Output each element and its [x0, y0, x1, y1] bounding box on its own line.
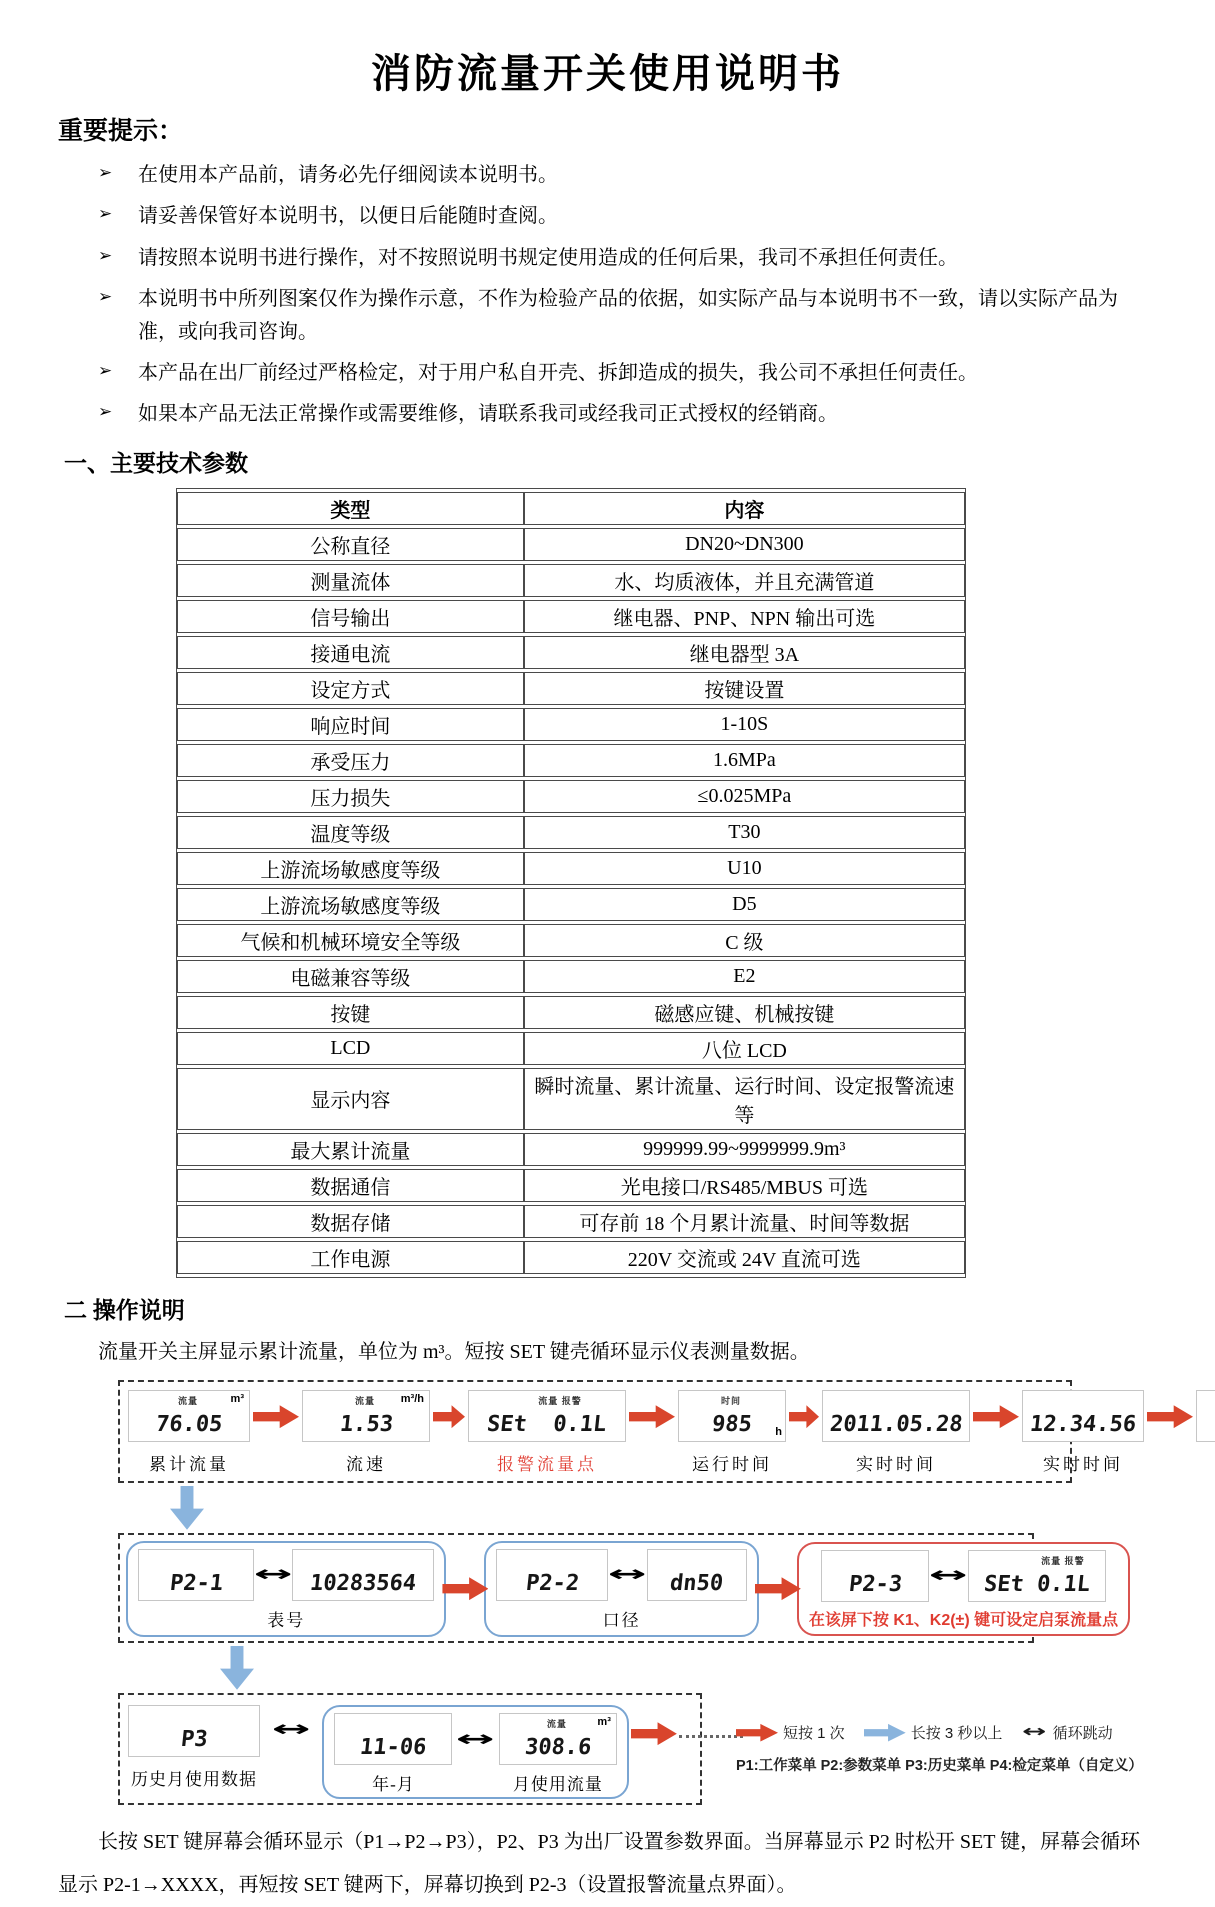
- table-row: 承受压力1.6MPa: [177, 744, 965, 777]
- col-header-content: 内容: [524, 492, 965, 525]
- notice-text: 本产品在出厂前经过严格检定，对于用户私自开壳、拆卸造成的损失，我公司不承担任何责…: [138, 362, 978, 384]
- lcd-flow-diagram: 流量 m³ 76.05 累计流量 流量 m³/h 1.53 流速 流量 报警: [58, 1380, 1157, 1805]
- lcd-digits: P2-1: [168, 1573, 223, 1595]
- lcd-annunciator: 流量: [178, 1394, 198, 1407]
- month-history-group: 11-06 年-月 ↔ 流量 m³ 308.6 月使用流量: [322, 1705, 628, 1799]
- screen-cell: 流量 m³ 308.6 月使用流量: [499, 1713, 617, 1795]
- notice-heading: 重要提示：: [58, 111, 1157, 147]
- table-row: 数据通信光电接口/RS485/MBUS 可选: [177, 1169, 965, 1202]
- screen-label: 月使用流量: [513, 1770, 603, 1795]
- spec-value-cell: D5: [524, 888, 965, 921]
- screen-label: 运行时间: [692, 1450, 772, 1475]
- lcd-screen: 流量 m³ 76.05: [128, 1390, 250, 1442]
- lcd-screen: U 1.00: [1196, 1390, 1215, 1442]
- lcd-digits: 308.6: [524, 1737, 593, 1759]
- spec-type-cell: 电磁兼容等级: [177, 960, 524, 993]
- notice-text: 本说明书中所列图案仅作为操作示意，不作为检验产品的依据，如实际产品与本说明书不一…: [138, 288, 1118, 342]
- screen-label: 报警流量点: [497, 1450, 597, 1475]
- screen-label: 实时时间: [1043, 1450, 1123, 1475]
- table-row: 最大累计流量999999.99~9999999.9m³: [177, 1133, 965, 1166]
- spec-value-cell: 八位 LCD: [524, 1032, 965, 1065]
- spec-value-cell: 继电器、PNP、NPN 输出可选: [524, 600, 965, 633]
- diameter-group: P2-2 ↔ dn50 口径: [484, 1541, 758, 1637]
- spec-type-cell: LCD: [177, 1032, 524, 1065]
- screen-label: 实时时间: [856, 1450, 936, 1475]
- spec-type-cell: 接通电流: [177, 636, 524, 669]
- arrow-right-icon: [973, 1404, 1019, 1430]
- spec-type-cell: 上游流场敏感度等级: [177, 888, 524, 921]
- lcd-annunciator: 流量 报警: [538, 1394, 582, 1407]
- screen-cell: 流量 报警 SEt 0.1L 报警流量点: [468, 1390, 626, 1475]
- spec-type-cell: 压力损失: [177, 780, 524, 813]
- spec-value-cell: 999999.99~9999999.9m³: [524, 1133, 965, 1166]
- lcd-digits: P3: [180, 1729, 209, 1751]
- notice-item: 本产品在出厂前经过严格检定，对于用户私自开壳、拆卸造成的损失，我公司不承担任何责…: [96, 357, 1157, 389]
- table-row: 设定方式按键设置: [177, 672, 965, 705]
- arrow-down-icon: [170, 1486, 204, 1530]
- lcd-unit: m³: [597, 1716, 610, 1728]
- table-row: 显示内容瞬时流量、累计流量、运行时间、设定报警流速等: [177, 1068, 965, 1130]
- lcd-screen: 流量 报警 SEt 0.1L: [968, 1550, 1106, 1602]
- spec-type-cell: 按键: [177, 996, 524, 1029]
- group-label: 口径: [603, 1606, 641, 1631]
- screen-cell: P3 历史月使用数据: [128, 1705, 260, 1790]
- lcd-digits: 10283564: [309, 1573, 417, 1595]
- table-row: 数据存储可存前 18 个月累计流量、时间等数据: [177, 1205, 965, 1238]
- group-screens: P2-2 ↔ dn50: [496, 1549, 746, 1601]
- spec-type-cell: 响应时间: [177, 708, 524, 741]
- screen-cell: U 1.00 版本号: [1196, 1390, 1215, 1475]
- table-row: LCD八位 LCD: [177, 1032, 965, 1065]
- table-row: 按键磁感应键、机械按键: [177, 996, 965, 1029]
- notice-text: 如果本产品无法正常操作或需要维修，请联系我司或经我司正式授权的经销商。: [138, 403, 838, 425]
- arrow-right-icon: [442, 1576, 488, 1602]
- notice-text: 请妥善保管好本说明书，以便日后能随时查阅。: [138, 205, 558, 227]
- table-row: 压力损失≤0.025MPa: [177, 780, 965, 813]
- spec-type-cell: 上游流场敏感度等级: [177, 852, 524, 885]
- screen-label: 年-月: [372, 1770, 415, 1795]
- notice-item: 在使用本产品前，请务必先仔细阅读本说明书。: [96, 159, 1157, 191]
- spec-type-cell: 测量流体: [177, 564, 524, 597]
- diagram-legend: 短按 1 次 长按 3 秒以上 ↔ 循环跳动 P1:工作菜单 P2:参数菜单 P…: [736, 1722, 1143, 1775]
- table-row: 信号输出继电器、PNP、NPN 输出可选: [177, 600, 965, 633]
- table-row: 电磁兼容等级E2: [177, 960, 965, 993]
- table-row: 上游流场敏感度等级D5: [177, 888, 965, 921]
- table-row: 工作电源220V 交流或 24V 直流可选: [177, 1241, 965, 1274]
- double-arrow-icon: ↔: [929, 1565, 968, 1587]
- arrow-bullet-icon: [98, 284, 112, 312]
- lcd-screen: 11-06: [334, 1713, 452, 1765]
- double-arrow-icon: ↔: [1022, 1724, 1046, 1741]
- arrow-right-icon: [1147, 1404, 1193, 1430]
- col-header-type: 类型: [177, 492, 524, 525]
- spec-value-cell: U10: [524, 852, 965, 885]
- spec-value-cell: 220V 交流或 24V 直流可选: [524, 1241, 965, 1274]
- table-row: 测量流体水、均质液体，并且充满管道: [177, 564, 965, 597]
- screen-label: 流速: [346, 1450, 386, 1475]
- lcd-screen: 2011.05.28: [822, 1390, 970, 1442]
- dotted-continuation: [679, 1735, 743, 1738]
- lcd-digits: 2011.05.28: [829, 1414, 964, 1436]
- lcd-screen: P2-2: [496, 1549, 608, 1601]
- spec-value-cell: DN20~DN300: [524, 528, 965, 561]
- spec-type-cell: 工作电源: [177, 1241, 524, 1274]
- screen-label: 历史月使用数据: [131, 1765, 257, 1790]
- lcd-digits: dn50: [669, 1573, 724, 1595]
- spec-type-cell: 数据存储: [177, 1205, 524, 1238]
- legend-cycle: 循环跳动: [1053, 1722, 1113, 1743]
- lcd-digits: 985: [711, 1414, 753, 1436]
- lcd-screen: 流量 报警 SEt 0.1L: [468, 1390, 626, 1442]
- diagram-row-p2-screens: P2-1 ↔ 10283564 表号 P2-2 ↔ dn50: [118, 1533, 1034, 1643]
- spec-value-cell: 1-10S: [524, 708, 965, 741]
- spec-value-cell: 1.6MPa: [524, 744, 965, 777]
- arrow-right-icon: [736, 1723, 778, 1743]
- spec-value-cell: E2: [524, 960, 965, 993]
- lcd-screen: 10283564: [292, 1549, 434, 1601]
- spec-type-cell: 信号输出: [177, 600, 524, 633]
- arrow-down-icon: [220, 1646, 254, 1690]
- spec-value-cell: 继电器型 3A: [524, 636, 965, 669]
- lcd-screen: 流量 m³ 308.6: [499, 1713, 617, 1765]
- lcd-digits: 12.34.56: [1029, 1414, 1137, 1436]
- lcd-screen: P2-3: [821, 1550, 929, 1602]
- lcd-unit: m³/h: [401, 1393, 424, 1405]
- manual-page: 消防流量开关使用说明书 重要提示： 在使用本产品前，请务必先仔细阅读本说明书。 …: [0, 0, 1215, 1907]
- lcd-digits: SEt 0.1L: [983, 1574, 1091, 1596]
- section1-heading: 一、主要技术参数: [64, 445, 1157, 478]
- notice-list: 在使用本产品前，请务必先仔细阅读本说明书。 请妥善保管好本说明书，以便日后能随时…: [96, 159, 1157, 431]
- spec-type-cell: 数据通信: [177, 1169, 524, 1202]
- lcd-digits: 76.05: [155, 1414, 224, 1436]
- double-arrow-icon: ↔: [254, 1564, 293, 1586]
- arrow-right-icon: [631, 1721, 677, 1747]
- arrow-right-icon: [629, 1404, 675, 1430]
- screen-cell: 时间 h 985 运行时间: [678, 1390, 786, 1475]
- arrow-right-icon: [789, 1404, 819, 1430]
- screen-cell: 12.34.56 实时时间: [1022, 1390, 1144, 1475]
- screen-cell: 11-06 年-月: [334, 1713, 452, 1795]
- spec-type-cell: 最大累计流量: [177, 1133, 524, 1166]
- table-row: 温度等级T30: [177, 816, 965, 849]
- lcd-annunciator: 时间: [721, 1394, 741, 1407]
- footer-paragraph: 长按 SET 键屏幕会循环显示（P1→P2→P3），P2、P3 为出厂设置参数界…: [58, 1821, 1157, 1907]
- table-row: 气候和机械环境安全等级C 级: [177, 924, 965, 957]
- group-screens: P2-3 ↔ 流量 报警 SEt 0.1L: [821, 1550, 1105, 1602]
- pump-start-setting-group: P2-3 ↔ 流量 报警 SEt 0.1L 在该屏下按 K1、K2(±) 键可设…: [797, 1542, 1130, 1636]
- notice-text: 请按照本说明书进行操作，对不按照说明书规定使用造成的任何后果，我司不承担任何责任…: [138, 247, 958, 269]
- spec-type-cell: 温度等级: [177, 816, 524, 849]
- lcd-screen: dn50: [647, 1549, 747, 1601]
- legend-menus: P1:工作菜单 P2:参数菜单 P3:历史菜单 P4:检定菜单（自定义）: [736, 1754, 1143, 1775]
- notice-text: 在使用本产品前，请务必先仔细阅读本说明书。: [138, 164, 558, 186]
- spec-type-cell: 公称直径: [177, 528, 524, 561]
- double-arrow-icon: ↔: [272, 1719, 311, 1741]
- lcd-digits: 11-06: [359, 1737, 428, 1759]
- lcd-digits: 1.53: [338, 1414, 393, 1436]
- group-screens: 11-06 年-月 ↔ 流量 m³ 308.6 月使用流量: [334, 1713, 616, 1795]
- lcd-screen: P3: [128, 1705, 260, 1757]
- diagram-row-history: P3 历史月使用数据 ↔ 11-06 年-月 ↔: [118, 1693, 702, 1805]
- screen-cell: 流量 m³ 76.05 累计流量: [128, 1390, 250, 1475]
- spec-value-cell: 磁感应键、机械按键: [524, 996, 965, 1029]
- group-screens: P2-1 ↔ 10283564: [138, 1549, 434, 1601]
- notice-item: 如果本产品无法正常操作或需要维修，请联系我司或经我司正式授权的经销商。: [96, 398, 1157, 430]
- lcd-unit: m³: [231, 1393, 244, 1405]
- legend-short-press: 短按 1 次: [783, 1722, 845, 1743]
- notice-item: 请妥善保管好本说明书，以便日后能随时查阅。: [96, 200, 1157, 232]
- spec-value-cell: 按键设置: [524, 672, 965, 705]
- arrow-bullet-icon: [98, 399, 112, 427]
- screen-label: 累计流量: [149, 1450, 229, 1475]
- arrow-bullet-icon: [98, 358, 112, 386]
- section2-heading: 二 操作说明: [64, 1292, 1157, 1325]
- screen-cell: 2011.05.28 实时时间: [822, 1390, 970, 1475]
- lcd-screen: 时间 h 985: [678, 1390, 786, 1442]
- spec-value-cell: 光电接口/RS485/MBUS 可选: [524, 1169, 965, 1202]
- meter-number-group: P2-1 ↔ 10283564 表号: [126, 1541, 446, 1637]
- legend-arrows: 短按 1 次 长按 3 秒以上 ↔ 循环跳动: [736, 1722, 1143, 1743]
- lcd-digits: P2-2: [525, 1573, 580, 1595]
- lcd-annunciator: 流量 报警: [1041, 1554, 1085, 1567]
- double-arrow-icon: ↔: [608, 1564, 647, 1586]
- page-title: 消防流量开关使用说明书: [58, 42, 1157, 99]
- spec-value-cell: C 级: [524, 924, 965, 957]
- arrow-bullet-icon: [98, 160, 112, 188]
- spec-table: 类型 内容 公称直径DN20~DN300 测量流体水、均质液体，并且充满管道 信…: [176, 488, 966, 1278]
- lcd-annunciator: 流量: [547, 1717, 567, 1730]
- spec-value-cell: T30: [524, 816, 965, 849]
- table-row: 接通电流继电器型 3A: [177, 636, 965, 669]
- table-row: 上游流场敏感度等级U10: [177, 852, 965, 885]
- arrow-right-icon: [864, 1723, 906, 1743]
- lcd-screen: P2-1: [138, 1549, 254, 1601]
- diagram-row-main-screens: 流量 m³ 76.05 累计流量 流量 m³/h 1.53 流速 流量 报警: [118, 1380, 1072, 1483]
- arrow-right-icon: [755, 1576, 801, 1602]
- spec-type-cell: 气候和机械环境安全等级: [177, 924, 524, 957]
- group-label: 在该屏下按 K1、K2(±) 键可设定启泵流量点: [809, 1607, 1118, 1630]
- diagram-row3-and-legend: P3 历史月使用数据 ↔ 11-06 年-月 ↔: [58, 1693, 1157, 1805]
- arrow-bullet-icon: [98, 243, 112, 271]
- spec-type-cell: 承受压力: [177, 744, 524, 777]
- lcd-unit: h: [775, 1426, 782, 1438]
- arrow-right-icon: [253, 1404, 299, 1430]
- spec-type-cell: 设定方式: [177, 672, 524, 705]
- legend-long-press: 长按 3 秒以上: [911, 1722, 1003, 1743]
- spec-type-cell: 显示内容: [177, 1068, 524, 1130]
- lcd-digits: P2-3: [848, 1574, 903, 1596]
- section2-intro: 流量开关主屏显示累计流量，单位为 m³。短按 SET 键壳循环显示仪表测量数据。: [58, 1335, 1157, 1364]
- table-header-row: 类型 内容: [177, 492, 965, 525]
- arrow-right-icon: [433, 1404, 465, 1430]
- spec-value-cell: 瞬时流量、累计流量、运行时间、设定报警流速等: [524, 1068, 965, 1130]
- table-row: 公称直径DN20~DN300: [177, 528, 965, 561]
- lcd-annunciator: 流量: [355, 1394, 375, 1407]
- lcd-screen: 流量 m³/h 1.53: [302, 1390, 430, 1442]
- double-arrow-icon: ↔: [456, 1729, 495, 1751]
- screen-cell: 流量 m³/h 1.53 流速: [302, 1390, 430, 1475]
- spec-value-cell: 水、均质液体，并且充满管道: [524, 564, 965, 597]
- group-label: 表号: [267, 1606, 305, 1631]
- spec-value-cell: 可存前 18 个月累计流量、时间等数据: [524, 1205, 965, 1238]
- notice-item: 本说明书中所列图案仅作为操作示意，不作为检验产品的依据，如实际产品与本说明书不一…: [96, 283, 1157, 348]
- arrow-bullet-icon: [98, 201, 112, 229]
- lcd-digits: SEt 0.1L: [486, 1414, 608, 1436]
- lcd-screen: 12.34.56: [1022, 1390, 1144, 1442]
- notice-item: 请按照本说明书进行操作，对不按照说明书规定使用造成的任何后果，我司不承担任何责任…: [96, 242, 1157, 274]
- spec-value-cell: ≤0.025MPa: [524, 780, 965, 813]
- table-row: 响应时间1-10S: [177, 708, 965, 741]
